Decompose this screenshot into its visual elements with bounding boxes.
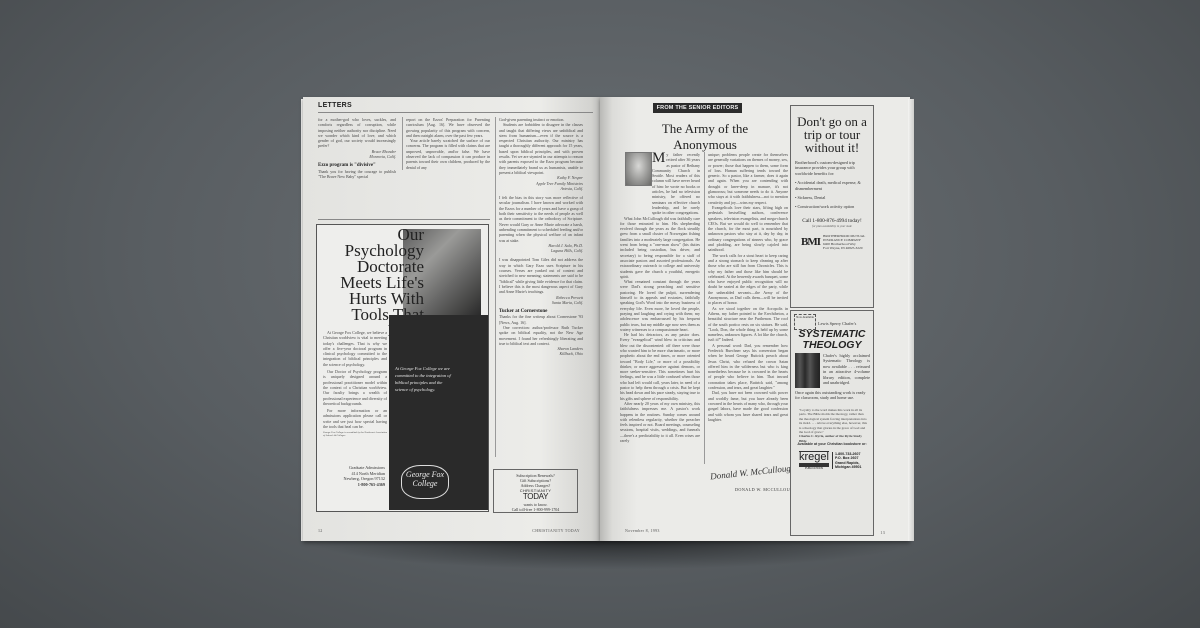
bmi-logo: BMI (801, 240, 820, 244)
publisher-sub: PUBLICATIONS (799, 467, 829, 470)
article-text: He had his detractors, as any pastor doe… (620, 332, 700, 401)
letter-location: Laguna Hills, Calif. (499, 248, 583, 253)
letter-text: Students are forbidden to disagree in th… (499, 122, 583, 175)
ad-paragraph: For more information or an admissions ap… (323, 408, 387, 429)
letter-text: report on the Ezzos' Preparation for Par… (406, 117, 490, 138)
letter-text: One correction: author/professor Ruth Tu… (499, 325, 583, 346)
letter-location: Santa Maria, Calif. (499, 300, 583, 305)
availability-text: Available at your Christian bookstore or… (791, 442, 873, 446)
bullet-text: Sickness, Dental (798, 195, 826, 200)
publisher-address: 1-800-733-2607 P.O. Box 2607 Grand Rapid… (832, 452, 862, 469)
section-banner: FROM THE SENIOR EDITORS (653, 103, 742, 113)
book-set-image (795, 353, 820, 388)
ad-body: Brotherhood's custom-designed trip insur… (791, 160, 873, 210)
ad-intro: Brotherhood's custom-designed trip insur… (795, 160, 869, 176)
letters-column-2: report on the Ezzos' Preparation for Par… (402, 117, 490, 170)
george-fox-ad[interactable]: Our Psychology Doctorate Meets Life's Hu… (316, 224, 489, 512)
article-column-2: unique; problems people create for thems… (704, 152, 788, 464)
left-page: LETTERS for a mother-god who loves, suck… (303, 97, 600, 541)
article-text: Evangelicals love their stars, lifting h… (708, 205, 788, 253)
header-rule (318, 112, 593, 113)
magazine-title: CHRISTIANITY TODAY (532, 528, 580, 533)
letter-location: Monrovia, Calif. (318, 154, 396, 159)
article-lead: My father recently retired after 36 year… (620, 152, 700, 216)
article-text: What John McCullough did was faithfully … (620, 216, 700, 280)
bullet-item: • Sickness, Dental (795, 195, 869, 200)
logo-bottom: TODAY (523, 492, 548, 501)
page-number: 13 (880, 530, 885, 535)
magazine-shadow (300, 540, 920, 570)
letter-location: Artesia, Calif. (499, 186, 583, 191)
author-name: DONALD W. MCCULLOUGH (735, 487, 797, 492)
company-block: BMI BROTHERHOOD MUTUAL INSURANCE COMPANY… (801, 234, 873, 250)
letter-text: I felt the bias in this story was more r… (499, 195, 583, 243)
letters-column-3: God-given parenting instinct or emotion.… (495, 117, 583, 457)
article-title: The Army of the Anonymous (630, 121, 780, 153)
section-label: LETTERS (318, 102, 352, 109)
ad-headline: Don't go on a trip or tour without it! (791, 115, 873, 154)
bullet-text: Accidental death, medical expense, & dis… (795, 180, 861, 190)
right-page-edge (908, 99, 914, 541)
article-text: As we stood together on the Acropolis in… (708, 306, 788, 343)
article-text: A personal word: Dad, you remember how F… (708, 343, 788, 391)
letter-location: Killbuck, Ohio (499, 351, 583, 356)
address-line: Michigan 49501 (835, 465, 862, 469)
article-text: The work calls for a stout heart to keep… (708, 253, 788, 306)
subscription-ad[interactable]: Subscription Renewals? Gift Subscription… (493, 469, 578, 513)
issue-date: November 8, 1993 (625, 528, 660, 533)
ad-dark-panel: At George Fox College we are committed t… (389, 315, 488, 510)
letter-text: Thanks for the fine writeup about Corner… (499, 314, 583, 325)
article-text: unique; problems people create for thems… (708, 152, 788, 205)
book-description: Chafer's highly acclaimed Systematic The… (823, 353, 870, 385)
bullet-item: • Construction/work activity option (795, 204, 869, 209)
letters-column-1: for a mother-god who loves, suckles, and… (318, 117, 396, 179)
ad-note: for plan availability in your state (791, 224, 873, 228)
letter-text: for a mother-god who loves, suckles, and… (318, 117, 396, 149)
george-fox-logo: George Fox College (401, 465, 449, 499)
book-description: Once again this outstanding work is read… (795, 390, 870, 401)
trip-insurance-ad[interactable]: Don't go on a trip or tour without it! B… (790, 105, 874, 308)
publisher-name: kregel (799, 451, 829, 467)
ad-body: At George Fox College, we believe a Chri… (323, 330, 387, 437)
page-number: 12 (318, 528, 323, 533)
right-page: FROM THE SENIOR EDITORS The Army of the … (600, 97, 910, 541)
quote-text: "Loyalty to the word makes this work in … (799, 408, 867, 434)
drop-cap: M (652, 152, 665, 164)
company-address: Fort Wayne, IN 46825-3220 (823, 246, 865, 250)
book-author: Lewis Sperry Chafer's (818, 321, 856, 326)
article-text: What remained constant through the years… (620, 279, 700, 332)
ad-paragraph: Our Doctor of Psychology program is uniq… (323, 369, 387, 406)
bullet-text: Construction/work activity option (798, 204, 855, 209)
systematic-theology-ad[interactable]: Now Available Lewis Sperry Chafer's SYST… (790, 310, 874, 536)
bullet-item: • Accidental death, medical expense, & d… (795, 180, 869, 191)
letter-text: I was disappointed Tom Giles did not add… (499, 257, 583, 294)
ad-mission-text: At George Fox College we are committed t… (395, 365, 451, 393)
article-text: Dad, you have not been crowned with powe… (708, 390, 788, 422)
letter-text: Your article barely scratched the surfac… (406, 138, 490, 170)
ad-fineprint: George Fox College is accredited by the … (323, 431, 387, 437)
book-title: SYSTEMATIC THEOLOGY (791, 329, 873, 351)
article-text: After nearly 20 years of my own ministry… (620, 401, 700, 443)
ad-phone: Call toll-free 1-800-999-1704 (494, 507, 577, 512)
ad-rule (318, 219, 490, 220)
ad-paragraph: At George Fox College, we believe a Chri… (323, 330, 387, 367)
christianity-today-logo: CHRISTIANITY TODAY (494, 489, 577, 501)
endorsement-quote: "Loyalty to the word makes this work in … (799, 408, 867, 443)
ad-phone: 1-800-765-4369 (323, 482, 385, 488)
article-column-1: My father recently retired after 36 year… (620, 152, 700, 502)
author-signature: Donald W. McCullough (710, 463, 796, 482)
company-info: BROTHERHOOD MUTUAL INSURANCE COMPANY 640… (823, 234, 865, 250)
kregel-logo: kregel PUBLICATIONS (799, 451, 829, 470)
address-line: P.O. Box 2607 (835, 456, 862, 460)
letter-text: Thank you for having the courage to publ… (318, 169, 396, 180)
ad-address: Graduate Admissions 414 North Meridian N… (323, 465, 385, 487)
publisher-block: kregel PUBLICATIONS 1-800-733-2607 P.O. … (799, 451, 862, 470)
ad-phone: Call 1-800-876-4994 today! (791, 218, 873, 224)
